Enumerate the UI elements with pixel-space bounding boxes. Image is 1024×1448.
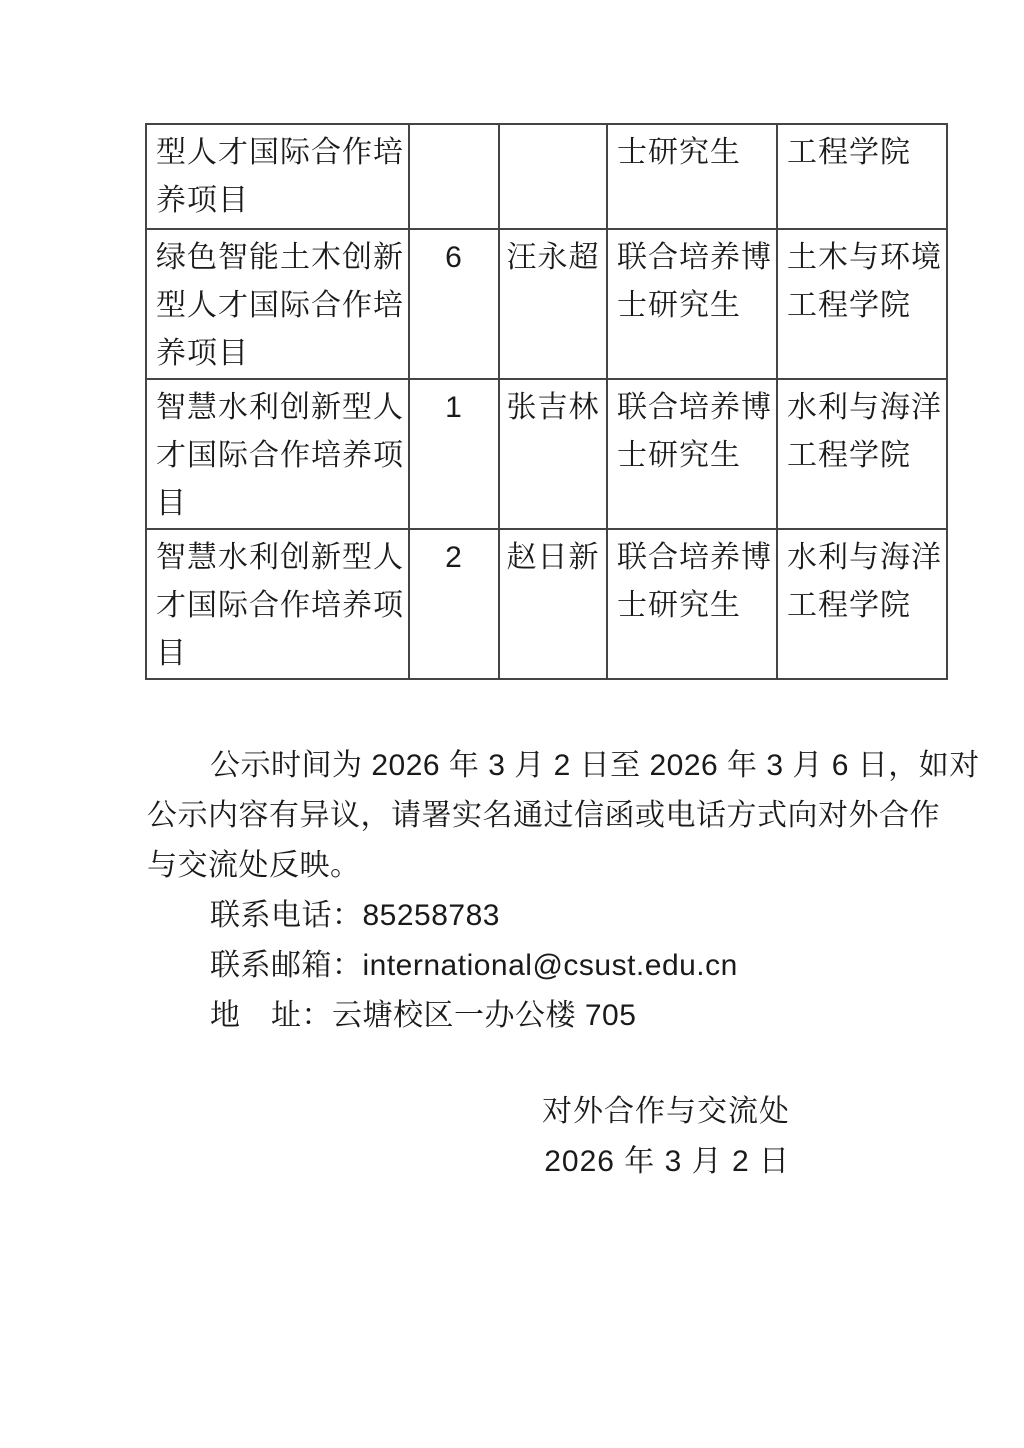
- contact-email: 联系邮箱：international@csust.edu.cn: [147, 941, 907, 991]
- cell-text-line: 联合培养博: [617, 534, 772, 582]
- cell-text-line: 2: [414, 534, 494, 582]
- cell-text-line: 才国际合作培养项: [156, 582, 404, 630]
- cell-text-line: 士研究生: [617, 432, 772, 480]
- cell-count: 1: [409, 379, 499, 529]
- cell-text-line: 智慧水利创新型人: [156, 384, 404, 432]
- cell-text-line: 工程学院: [787, 129, 942, 177]
- cell-text-line: 土木与环境: [787, 234, 942, 282]
- cell-text-line: 绿色智能土木创新: [156, 234, 404, 282]
- cell-program: 士研究生: [607, 124, 777, 229]
- table-row: 型人才国际合作培养项目士研究生工程学院: [146, 124, 947, 229]
- results-table: 型人才国际合作培养项目士研究生工程学院绿色智能土木创新型人才国际合作培养项目6汪…: [145, 123, 948, 680]
- cell-project: 绿色智能土木创新型人才国际合作培养项目: [146, 229, 409, 379]
- cell-project: 智慧水利创新型人才国际合作培养项目: [146, 379, 409, 529]
- notice-paragraph-line: 公示内容有异议，请署实名通过信函或电话方式向对外合作: [147, 791, 907, 841]
- table-row: 智慧水利创新型人才国际合作培养项目1张吉林联合培养博士研究生水利与海洋工程学院: [146, 379, 947, 529]
- cell-text-line: 型人才国际合作培: [156, 129, 404, 177]
- cell-text-line: 张吉林: [504, 384, 602, 432]
- cell-text-line: 赵日新: [504, 534, 602, 582]
- document-page: 型人才国际合作培养项目士研究生工程学院绿色智能土木创新型人才国际合作培养项目6汪…: [0, 0, 1024, 1448]
- cell-text-line: 士研究生: [617, 282, 772, 330]
- notice-paragraph-line: 公示时间为 2026 年 3 月 2 日至 2026 年 3 月 6 日，如对: [147, 741, 907, 791]
- cell-project: 型人才国际合作培养项目: [146, 124, 409, 229]
- cell-advisor: 赵日新: [499, 529, 607, 679]
- notice-paragraph-line: 与交流处反映。: [147, 841, 907, 891]
- cell-count: 2: [409, 529, 499, 679]
- cell-text-line: 养项目: [156, 177, 404, 225]
- cell-text-line: 士研究生: [617, 129, 772, 177]
- cell-text-line: 工程学院: [787, 432, 942, 480]
- table-body: 型人才国际合作培养项目士研究生工程学院绿色智能土木创新型人才国际合作培养项目6汪…: [146, 124, 947, 679]
- cell-program: 联合培养博士研究生: [607, 379, 777, 529]
- signature-date: 2026 年 3 月 2 日: [542, 1137, 790, 1187]
- cell-text-line: 水利与海洋: [787, 384, 942, 432]
- cell-advisor: 张吉林: [499, 379, 607, 529]
- cell-program: 联合培养博士研究生: [607, 229, 777, 379]
- cell-count: [409, 124, 499, 229]
- cell-college: 工程学院: [777, 124, 947, 229]
- cell-text-line: 汪永超: [504, 234, 602, 282]
- cell-project: 智慧水利创新型人才国际合作培养项目: [146, 529, 409, 679]
- cell-text-line: 水利与海洋: [787, 534, 942, 582]
- table-row: 绿色智能土木创新型人才国际合作培养项目6汪永超联合培养博士研究生土木与环境工程学…: [146, 229, 947, 379]
- cell-college: 水利与海洋工程学院: [777, 379, 947, 529]
- cell-text-line: 联合培养博: [617, 384, 772, 432]
- cell-advisor: [499, 124, 607, 229]
- cell-text-line: 联合培养博: [617, 234, 772, 282]
- notice-section: 公示时间为 2026 年 3 月 2 日至 2026 年 3 月 6 日，如对 …: [147, 741, 907, 1041]
- cell-text-line: 才国际合作培养项: [156, 432, 404, 480]
- cell-text-line: 养项目: [156, 330, 404, 378]
- cell-count: 6: [409, 229, 499, 379]
- cell-college: 水利与海洋工程学院: [777, 529, 947, 679]
- cell-advisor: 汪永超: [499, 229, 607, 379]
- table-row: 智慧水利创新型人才国际合作培养项目2赵日新联合培养博士研究生水利与海洋工程学院: [146, 529, 947, 679]
- cell-text-line: 目: [156, 480, 404, 528]
- signature-block: 对外合作与交流处 2026 年 3 月 2 日: [542, 1087, 790, 1187]
- cell-text-line: 6: [414, 234, 494, 282]
- cell-program: 联合培养博士研究生: [607, 529, 777, 679]
- contact-phone: 联系电话：85258783: [147, 891, 907, 941]
- signature-department: 对外合作与交流处: [542, 1087, 790, 1137]
- cell-text-line: 工程学院: [787, 282, 942, 330]
- cell-text-line: 型人才国际合作培: [156, 282, 404, 330]
- cell-text-line: 目: [156, 630, 404, 678]
- cell-text-line: 工程学院: [787, 582, 942, 630]
- cell-text-line: 1: [414, 384, 494, 432]
- cell-text-line: 智慧水利创新型人: [156, 534, 404, 582]
- cell-text-line: 士研究生: [617, 582, 772, 630]
- contact-address: 地 址：云塘校区一办公楼 705: [147, 991, 907, 1041]
- cell-college: 土木与环境工程学院: [777, 229, 947, 379]
